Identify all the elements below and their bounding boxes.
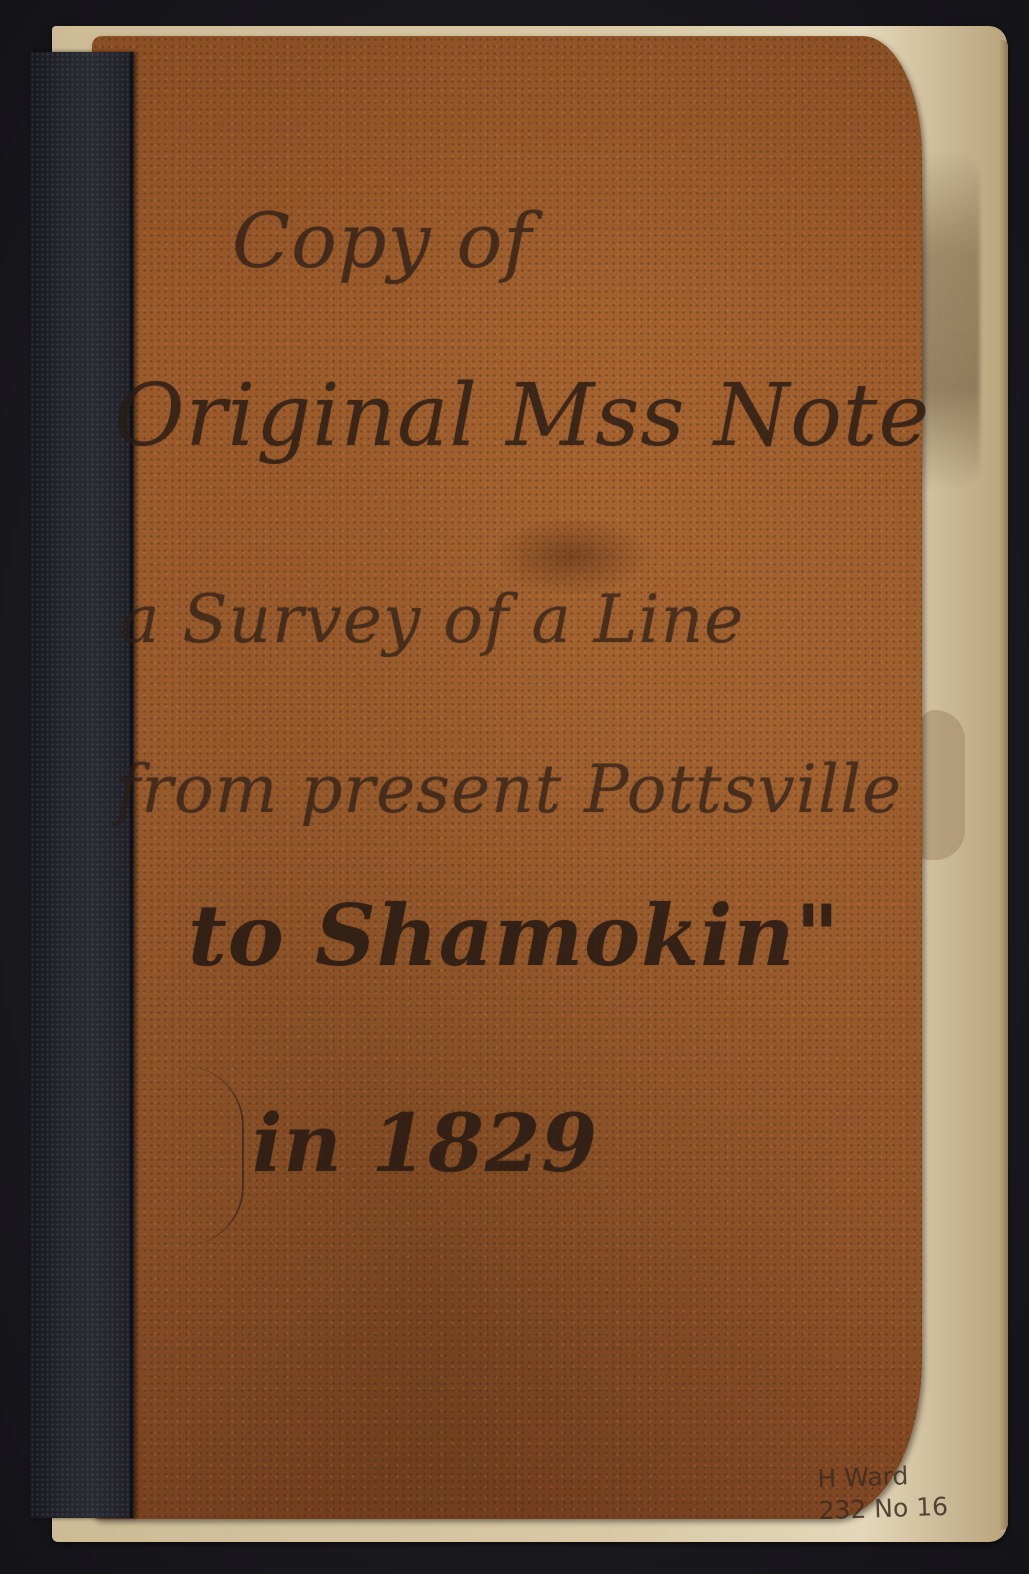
pencil-mark xyxy=(182,1066,244,1246)
inscription-line-1: Copy of xyxy=(232,196,533,285)
inscription-line-6: in 1829 xyxy=(252,1096,598,1190)
inscription-line-2: Original Mss Note xyxy=(114,366,930,466)
page-edge xyxy=(1000,40,1008,1530)
page-tear xyxy=(920,710,965,860)
cover-inscription: Copy of Original Mss Note a Survey of a … xyxy=(92,36,922,1519)
catalog-mark: H Ward 232 No 16 xyxy=(817,1457,1009,1528)
inscription-line-4: from present Pottsville xyxy=(116,751,902,828)
inscription-line-5: to Shamokin" xyxy=(188,886,840,985)
catalog-line-2: 232 No 16 xyxy=(818,1489,1009,1528)
inscription-line-3: a Survey of a Line xyxy=(120,581,744,658)
